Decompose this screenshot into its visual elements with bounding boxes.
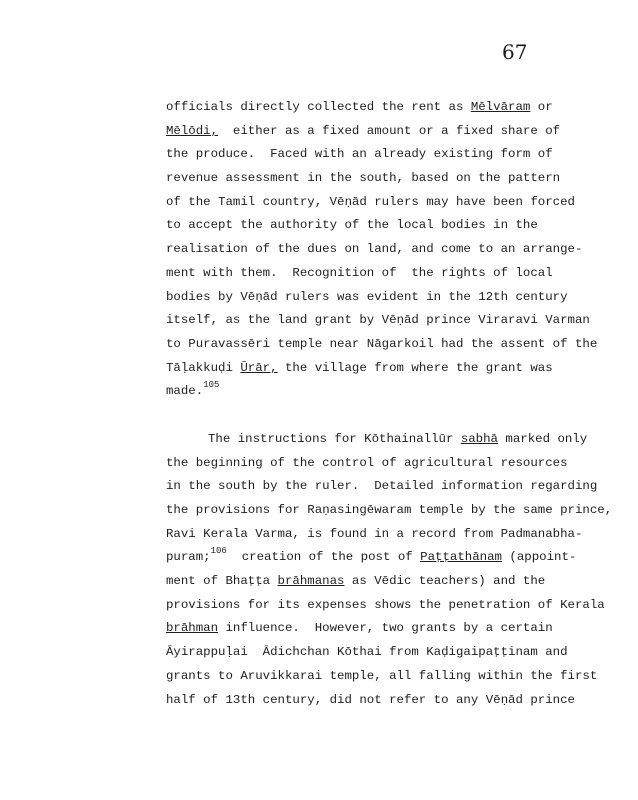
- text-run: Āyirappuḷai Ādichchan Kōthai from Kaḍiga…: [166, 645, 568, 659]
- page-number: 67: [502, 40, 527, 64]
- underlined-term: Paṭṭathānam: [420, 550, 502, 564]
- underlined-term: sabhā: [461, 432, 498, 446]
- text-run: the village from where the grant was: [278, 361, 553, 375]
- text-run: grants to Aruvikkarai temple, all fallin…: [166, 669, 597, 683]
- text-run: or: [530, 100, 552, 114]
- text-run: to accept the authority of the local bod…: [166, 218, 538, 232]
- underlined-term: Ūrār,: [240, 361, 277, 375]
- text-line: in the south by the ruler. Detailed info…: [166, 475, 626, 499]
- text-run: to Puravassēri temple near Nāgarkoil had…: [166, 337, 597, 351]
- underlined-term: brāhman: [166, 621, 218, 635]
- text-line: to Puravassēri temple near Nāgarkoil had…: [166, 333, 626, 357]
- text-line: to accept the authority of the local bod…: [166, 214, 626, 238]
- text-line: brāhman influence. However, two grants b…: [166, 617, 626, 641]
- text-run: provisions for its expenses shows the pe…: [166, 598, 605, 612]
- text-run: of the Tamil country, Vēṇād rulers may h…: [166, 195, 575, 209]
- text-line: made.105: [166, 380, 626, 404]
- text-run: influence. However, two grants by a cert…: [218, 621, 553, 635]
- text-run: the provisions for Raṇasingēwaram temple…: [166, 503, 612, 517]
- text-line: itself, as the land grant by Vēṇād princ…: [166, 309, 626, 333]
- text-run: Tāḷakkuḍi: [166, 361, 240, 375]
- text-run: marked only: [498, 432, 587, 446]
- text-line: Āyirappuḷai Ādichchan Kōthai from Kaḍiga…: [166, 641, 626, 665]
- text-line: revenue assessment in the south, based o…: [166, 167, 626, 191]
- text-run: the beginning of the control of agricult…: [166, 456, 568, 470]
- text-line: the produce. Faced with an already exist…: [166, 143, 626, 167]
- text-line: of the Tamil country, Vēṇād rulers may h…: [166, 191, 626, 215]
- paragraph: officials directly collected the rent as…: [166, 96, 626, 404]
- text-line: half of 13th century, did not refer to a…: [166, 689, 626, 713]
- text-run: Ravi Kerala Varma, is found in a record …: [166, 527, 582, 541]
- text-line: bodies by Vēṇād rulers was evident in th…: [166, 286, 626, 310]
- text-run: made.: [166, 384, 203, 398]
- text-run: revenue assessment in the south, based o…: [166, 171, 560, 185]
- footnote-ref: 106: [211, 546, 227, 556]
- text-run: officials directly collected the rent as: [166, 100, 471, 114]
- text-line: officials directly collected the rent as…: [166, 96, 626, 120]
- text-run: itself, as the land grant by Vēṇād princ…: [166, 313, 590, 327]
- text-line: ment of Bhaṭṭa brāhmanas as Vēdic teache…: [166, 570, 626, 594]
- text-line: provisions for its expenses shows the pe…: [166, 594, 626, 618]
- text-line: Ravi Kerala Varma, is found in a record …: [166, 523, 626, 547]
- body-text: officials directly collected the rent as…: [166, 96, 626, 712]
- text-run: the produce. Faced with an already exist…: [166, 147, 553, 161]
- text-run: (appoint-: [502, 550, 576, 564]
- text-run: in the south by the ruler. Detailed info…: [166, 479, 597, 493]
- text-run: half of 13th century, did not refer to a…: [166, 693, 575, 707]
- text-run: ment with them. Recognition of the right…: [166, 266, 553, 280]
- text-run: realisation of the dues on land, and com…: [166, 242, 582, 256]
- text-line: puram;106 creation of the post of Paṭṭat…: [166, 546, 626, 570]
- underlined-term: Mēlvāram: [471, 100, 531, 114]
- paragraph-gap: [166, 404, 626, 428]
- text-run: bodies by Vēṇād rulers was evident in th…: [166, 290, 568, 304]
- footnote-ref: 105: [203, 380, 219, 390]
- text-line: Tāḷakkuḍi Ūrār, the village from where t…: [166, 357, 626, 381]
- text-line: grants to Aruvikkarai temple, all fallin…: [166, 665, 626, 689]
- text-line: The instructions for Kōthainallūr sabhā …: [166, 428, 626, 452]
- text-line: the provisions for Raṇasingēwaram temple…: [166, 499, 626, 523]
- text-run: ment of Bhaṭṭa: [166, 574, 278, 588]
- underlined-term: brāhmanas: [278, 574, 345, 588]
- text-run: The instructions for Kōthainallūr: [208, 432, 461, 446]
- text-line: the beginning of the control of agricult…: [166, 452, 626, 476]
- underlined-term: Mēlōdi,: [166, 124, 218, 138]
- text-run: either as a fixed amount or a fixed shar…: [218, 124, 560, 138]
- paragraph: The instructions for Kōthainallūr sabhā …: [166, 428, 626, 712]
- text-line: ment with them. Recognition of the right…: [166, 262, 626, 286]
- text-line: Mēlōdi, either as a fixed amount or a fi…: [166, 120, 626, 144]
- text-run: creation of the post of: [227, 550, 420, 564]
- text-run: as Vēdic teachers) and the: [344, 574, 545, 588]
- text-run: puram;: [166, 550, 211, 564]
- text-line: realisation of the dues on land, and com…: [166, 238, 626, 262]
